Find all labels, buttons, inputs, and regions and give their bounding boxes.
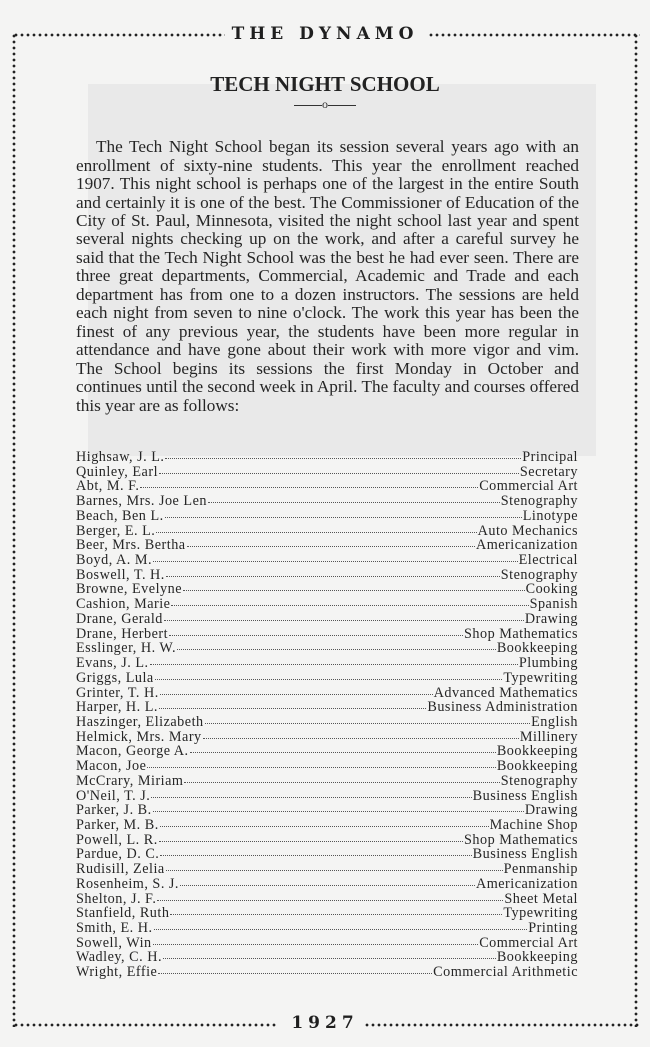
faculty-name: Browne, Evelyne xyxy=(76,582,182,597)
faculty-name: Shelton, J. F. xyxy=(76,892,156,907)
faculty-name: Boyd, A. M. xyxy=(76,553,152,568)
faculty-name: Griggs, Lula xyxy=(76,671,154,686)
faculty-course: Bookkeeping xyxy=(497,759,578,774)
faculty-row: Evans, J. L.Plumbing xyxy=(76,656,578,671)
faculty-name: Harper, H. L. xyxy=(76,700,158,715)
faculty-name: Berger, E. L. xyxy=(76,524,155,539)
article-title: TECH NIGHT SCHOOL xyxy=(0,72,650,97)
dot-leader xyxy=(154,928,528,930)
dot-leader xyxy=(166,575,500,577)
dot-leader xyxy=(184,781,499,783)
faculty-name: Grinter, T. H. xyxy=(76,686,159,701)
faculty-course: Millinery xyxy=(520,730,578,745)
faculty-row: Pardue, D. C.Business English xyxy=(76,847,578,862)
faculty-name: Drane, Herbert xyxy=(76,627,168,642)
dot-leader xyxy=(171,604,528,606)
faculty-course: Shop Mathematics xyxy=(464,627,578,642)
faculty-name: Cashion, Marie xyxy=(76,597,170,612)
faculty-course: Secretary xyxy=(520,465,578,480)
faculty-list: Highsaw, J. L.PrincipalQuinley, EarlSecr… xyxy=(76,450,578,980)
faculty-course: Linotype xyxy=(523,509,578,524)
faculty-name: Helmick, Mrs. Mary xyxy=(76,730,202,745)
divider-line-right xyxy=(328,105,356,106)
divider-line-left xyxy=(294,105,322,106)
faculty-row: Parker, M. B.Machine Shop xyxy=(76,818,578,833)
faculty-name: Highsaw, J. L. xyxy=(76,450,164,465)
faculty-course: Drawing xyxy=(525,612,578,627)
dot-leader xyxy=(190,751,496,753)
faculty-name: Powell, L. R. xyxy=(76,833,158,848)
dot-leader xyxy=(159,472,519,474)
faculty-name: Sowell, Win xyxy=(76,936,152,951)
faculty-row: Highsaw, J. L.Principal xyxy=(76,450,578,465)
faculty-row: Harper, H. L.Business Administration xyxy=(76,700,578,715)
faculty-name: Boswell, T. H. xyxy=(76,568,165,583)
faculty-name: Smith, E. H. xyxy=(76,921,153,936)
faculty-row: Cashion, MarieSpanish xyxy=(76,597,578,612)
dot-leader xyxy=(153,810,524,812)
faculty-row: Rudisill, ZeliaPenmanship xyxy=(76,862,578,877)
faculty-course: Spanish xyxy=(530,597,578,612)
faculty-row: Sowell, WinCommercial Art xyxy=(76,936,578,951)
article-body: The Tech Night School began its session … xyxy=(76,138,579,415)
faculty-course: Bookkeeping xyxy=(497,950,578,965)
publication-title: THE DYNAMO xyxy=(0,24,650,44)
dot-leader xyxy=(164,619,524,621)
faculty-course: Americanization xyxy=(476,538,578,553)
faculty-course: Printing xyxy=(528,921,578,936)
faculty-row: Drane, GeraldDrawing xyxy=(76,612,578,627)
dot-leader xyxy=(177,648,496,650)
faculty-row: Abt, M. F.Commercial Art xyxy=(76,479,578,494)
faculty-course: Business English xyxy=(473,789,578,804)
faculty-course: Auto Mechanics xyxy=(478,524,578,539)
faculty-course: Plumbing xyxy=(519,656,578,671)
dot-leader xyxy=(166,869,503,871)
dot-leader xyxy=(147,766,495,768)
faculty-course: Stenography xyxy=(501,568,578,583)
dot-leader xyxy=(208,501,500,503)
dot-leader xyxy=(165,457,521,459)
faculty-course: Drawing xyxy=(525,803,578,818)
faculty-row: Parker, J. B.Drawing xyxy=(76,803,578,818)
dot-leader xyxy=(165,516,522,518)
faculty-row: Beer, Mrs. BerthaAmericanization xyxy=(76,538,578,553)
faculty-name: Wadley, C. H. xyxy=(76,950,162,965)
faculty-row: Drane, HerbertShop Mathematics xyxy=(76,627,578,642)
faculty-name: O'Neil, T. J. xyxy=(76,789,150,804)
dot-leader xyxy=(151,796,471,798)
faculty-row: Powell, L. R.Shop Mathematics xyxy=(76,833,578,848)
dot-leader xyxy=(140,486,478,488)
faculty-row: Macon, JoeBookkeeping xyxy=(76,759,578,774)
dot-leader xyxy=(157,899,503,901)
faculty-course: Business English xyxy=(473,847,578,862)
faculty-name: Drane, Gerald xyxy=(76,612,163,627)
faculty-course: Bookkeeping xyxy=(497,744,578,759)
faculty-row: Shelton, J. F.Sheet Metal xyxy=(76,892,578,907)
faculty-row: Macon, George A.Bookkeeping xyxy=(76,744,578,759)
faculty-name: Parker, M. B. xyxy=(76,818,159,833)
faculty-name: Evans, J. L. xyxy=(76,656,149,671)
faculty-row: Berger, E. L.Auto Mechanics xyxy=(76,524,578,539)
faculty-row: Helmick, Mrs. MaryMillinery xyxy=(76,730,578,745)
dot-leader xyxy=(163,957,496,959)
faculty-name: Stanfield, Ruth xyxy=(76,906,169,921)
faculty-row: Beach, Ben L.Linotype xyxy=(76,509,578,524)
faculty-row: Smith, E. H.Printing xyxy=(76,921,578,936)
faculty-name: Esslinger, H. W. xyxy=(76,641,176,656)
dot-leader xyxy=(150,663,518,665)
faculty-course: Commercial Arithmetic xyxy=(433,965,578,980)
faculty-name: Macon, Joe xyxy=(76,759,146,774)
faculty-name: Macon, George A. xyxy=(76,744,189,759)
faculty-course: Commercial Art xyxy=(479,479,578,494)
faculty-name: Abt, M. F. xyxy=(76,479,139,494)
faculty-course: Americanization xyxy=(476,877,578,892)
yearbook-page: THE DYNAMO TECH NIGHT SCHOOL o The Tech … xyxy=(0,0,650,1047)
dot-leader xyxy=(180,884,475,886)
faculty-course: Advanced Mathematics xyxy=(434,686,578,701)
faculty-name: Beer, Mrs. Bertha xyxy=(76,538,186,553)
faculty-name: Parker, J. B. xyxy=(76,803,152,818)
faculty-row: Rosenheim, S. J.Americanization xyxy=(76,877,578,892)
faculty-course: Penmanship xyxy=(504,862,578,877)
dot-leader xyxy=(203,737,519,739)
faculty-row: Boyd, A. M.Electrical xyxy=(76,553,578,568)
dot-leader xyxy=(158,972,432,974)
faculty-name: Haszinger, Elizabeth xyxy=(76,715,204,730)
faculty-course: Business Administration xyxy=(427,700,578,715)
dot-leader xyxy=(183,589,525,591)
dot-leader xyxy=(159,707,426,709)
dot-leader xyxy=(155,678,503,680)
faculty-course: Electrical xyxy=(519,553,578,568)
faculty-course: Bookkeeping xyxy=(497,641,578,656)
faculty-row: Wright, EffieCommercial Arithmetic xyxy=(76,965,578,980)
dot-leader xyxy=(153,560,518,562)
page-year: 1927 xyxy=(0,1013,650,1033)
faculty-name: Rosenheim, S. J. xyxy=(76,877,179,892)
faculty-name: Barnes, Mrs. Joe Len xyxy=(76,494,207,509)
faculty-row: Boswell, T. H.Stenography xyxy=(76,568,578,583)
faculty-row: O'Neil, T. J.Business English xyxy=(76,789,578,804)
dot-leader xyxy=(160,825,489,827)
faculty-course: Stenography xyxy=(501,494,578,509)
faculty-name: Quinley, Earl xyxy=(76,465,158,480)
faculty-course: Cooking xyxy=(526,582,578,597)
faculty-row: Wadley, C. H.Bookkeeping xyxy=(76,950,578,965)
dot-leader xyxy=(170,913,502,915)
faculty-course: Machine Shop xyxy=(490,818,578,833)
faculty-name: Rudisill, Zelia xyxy=(76,862,165,877)
dot-leader xyxy=(156,531,476,533)
faculty-row: Esslinger, H. W.Bookkeeping xyxy=(76,641,578,656)
faculty-row: Griggs, LulaTypewriting xyxy=(76,671,578,686)
dot-leader xyxy=(160,693,433,695)
faculty-row: Quinley, EarlSecretary xyxy=(76,465,578,480)
ornamental-border-right xyxy=(632,33,640,1027)
dot-leader xyxy=(153,943,479,945)
faculty-course: Sheet Metal xyxy=(504,892,578,907)
faculty-row: Grinter, T. H.Advanced Mathematics xyxy=(76,686,578,701)
faculty-course: Shop Mathematics xyxy=(464,833,578,848)
faculty-row: Browne, EvelyneCooking xyxy=(76,582,578,597)
dot-leader xyxy=(160,854,471,856)
faculty-course: Typewriting xyxy=(503,906,578,921)
faculty-course: Typewriting xyxy=(503,671,578,686)
faculty-name: Pardue, D. C. xyxy=(76,847,159,862)
dot-leader xyxy=(169,634,463,636)
faculty-name: McCrary, Miriam xyxy=(76,774,183,789)
faculty-row: McCrary, MiriamStenography xyxy=(76,774,578,789)
faculty-name: Wright, Effie xyxy=(76,965,157,980)
ornamental-border-left xyxy=(10,33,18,1027)
dot-leader xyxy=(205,722,531,724)
faculty-row: Haszinger, ElizabethEnglish xyxy=(76,715,578,730)
faculty-course: Commercial Art xyxy=(479,936,578,951)
faculty-course: English xyxy=(531,715,578,730)
title-divider: o xyxy=(0,97,650,112)
dot-leader xyxy=(159,840,463,842)
faculty-name: Beach, Ben L. xyxy=(76,509,164,524)
faculty-row: Barnes, Mrs. Joe LenStenography xyxy=(76,494,578,509)
faculty-course: Stenography xyxy=(501,774,578,789)
faculty-row: Stanfield, RuthTypewriting xyxy=(76,906,578,921)
dot-leader xyxy=(187,545,475,547)
faculty-course: Principal xyxy=(522,450,578,465)
